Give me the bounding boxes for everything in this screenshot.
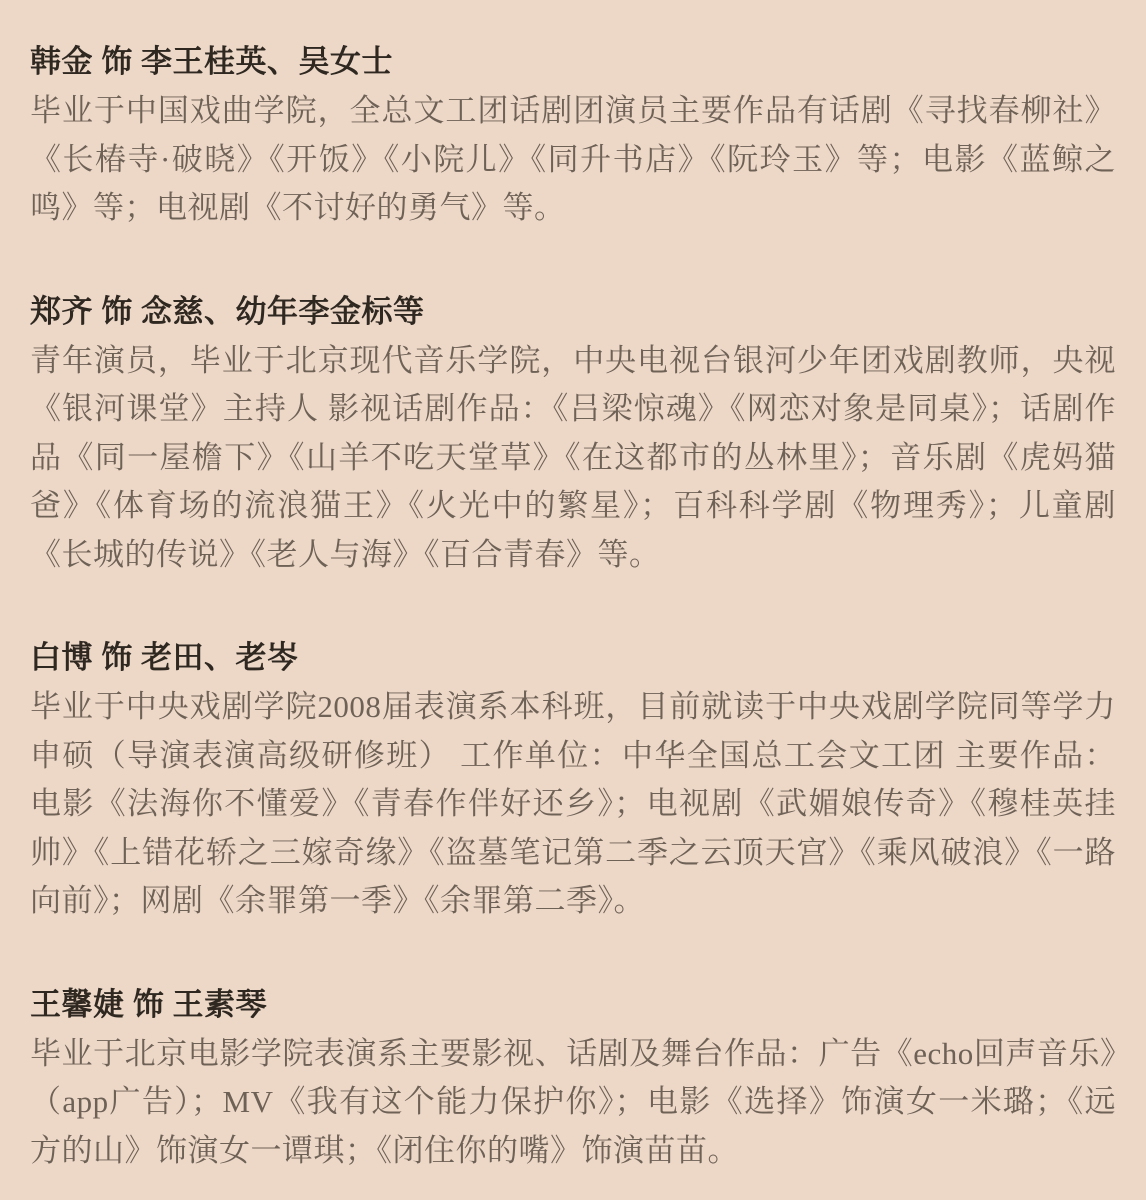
cast-heading: 白博 饰 老田、老岑 <box>30 634 1116 682</box>
cast-section-wangxinjie: 王馨婕 饰 王素琴 毕业于北京电影学院表演系主要影视、话剧及舞台作品：广告《ec… <box>30 981 1116 1176</box>
cast-section-baibo: 白博 饰 老田、老岑 毕业于中央戏剧学院2008届表演系本科班，目前就读于中央戏… <box>30 634 1116 926</box>
cast-bio-text: 毕业于北京电影学院表演系主要影视、话剧及舞台作品：广告《echo回声音乐》（ap… <box>30 1030 1116 1176</box>
cast-bio-text: 毕业于中国戏曲学院，全总文工团话剧团演员主要作品有话剧《寻找春柳社》《长椿寺·破… <box>30 87 1116 233</box>
cast-bio-text: 青年演员，毕业于北京现代音乐学院，中央电视台银河少年团戏剧教师，央视《银河课堂》… <box>30 337 1116 580</box>
cast-heading: 郑齐 饰 念慈、幼年李金标等 <box>30 288 1116 336</box>
cast-section-zhengqi: 郑齐 饰 念慈、幼年李金标等 青年演员，毕业于北京现代音乐学院，中央电视台银河少… <box>30 288 1116 580</box>
cast-heading: 韩金 饰 李王桂英、吴女士 <box>30 38 1116 86</box>
cast-heading: 王馨婕 饰 王素琴 <box>30 981 1116 1029</box>
cast-bio-text: 毕业于中央戏剧学院2008届表演系本科班，目前就读于中央戏剧学院同等学力申硕（导… <box>30 683 1116 926</box>
cast-bio-page: 韩金 饰 李王桂英、吴女士 毕业于中国戏曲学院，全总文工团话剧团演员主要作品有话… <box>0 0 1146 1200</box>
cast-section-hanjin: 韩金 饰 李王桂英、吴女士 毕业于中国戏曲学院，全总文工团话剧团演员主要作品有话… <box>30 38 1116 233</box>
